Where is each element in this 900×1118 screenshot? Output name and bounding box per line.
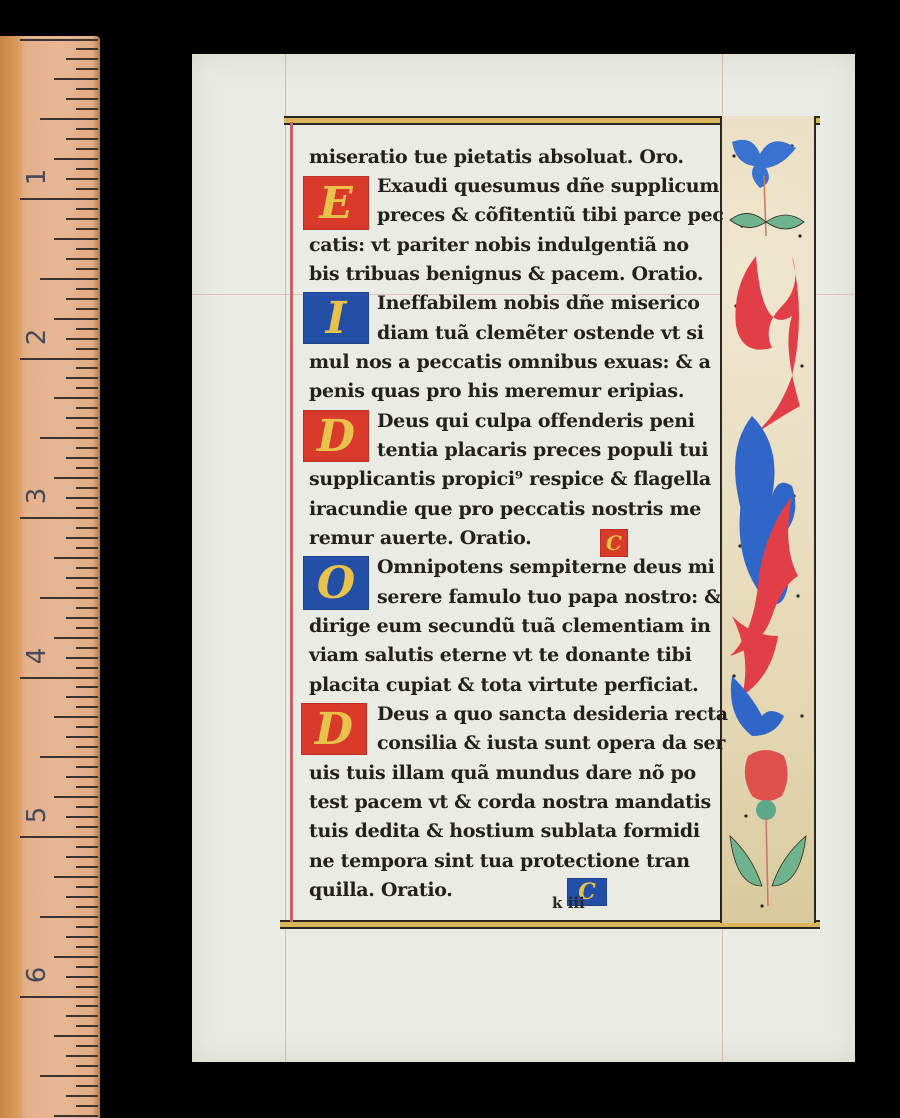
floral-border-icon xyxy=(722,116,814,923)
ruler-tick xyxy=(76,228,98,230)
ruler-tick xyxy=(66,497,98,499)
ruler-tick xyxy=(40,597,98,599)
ruler-tick xyxy=(20,358,98,360)
ruler-tick xyxy=(76,248,98,250)
ruler-tick xyxy=(54,557,98,559)
text-line: Exaudi quesumus dñe supplicum xyxy=(377,175,719,197)
ruler-tick xyxy=(54,78,98,80)
ruler-tick xyxy=(76,208,98,210)
ruler-tick xyxy=(54,956,98,958)
ruler-inch-label: 2 xyxy=(22,322,52,352)
ruler-tick xyxy=(54,318,98,320)
text-line: penis quas pro his meremur eripias. xyxy=(309,380,684,402)
text-line: mul nos a peccatis omnibus exuas: & a xyxy=(309,351,711,373)
text-line: placita cupiat & tota virtute perficiat. xyxy=(309,674,698,696)
ruler-tick xyxy=(66,1055,98,1057)
ruler-tick xyxy=(76,1045,98,1047)
ruler-inch-label: 4 xyxy=(22,641,52,671)
ruler-tick xyxy=(76,48,98,50)
ruler-tick xyxy=(76,1025,98,1027)
ruler-inch-label: 6 xyxy=(22,960,52,990)
manuscript-leaf: miseratio tue pietatis absoluat. Oro. Ex… xyxy=(192,54,855,1062)
ruler-tick xyxy=(76,387,98,389)
ruler-tick xyxy=(66,657,98,659)
ruler-tick xyxy=(20,517,98,519)
ruler-tick xyxy=(76,1105,98,1107)
ruler-tick xyxy=(66,856,98,858)
ruler-tick xyxy=(76,467,98,469)
ruler-tick xyxy=(76,946,98,948)
ruler-tick xyxy=(54,796,98,798)
ruler-tick xyxy=(66,537,98,539)
ruler-tick xyxy=(76,427,98,429)
ruler-tick xyxy=(76,986,98,988)
ruler-tick xyxy=(20,996,98,998)
ruler-tick xyxy=(66,976,98,978)
red-margin-line xyxy=(290,122,293,922)
text-line: diam tuã clemẽter ostende vt si xyxy=(377,322,704,344)
text-line: bis tribuas benignus & pacem. Oratio. xyxy=(309,263,703,285)
text-line: catis: vt pariter nobis indulgentiã no xyxy=(309,234,689,256)
illuminated-initial: I xyxy=(303,292,369,344)
ruler-tick xyxy=(76,487,98,489)
ruler-tick xyxy=(66,98,98,100)
ruler-tick xyxy=(76,786,98,788)
illuminated-initial: E xyxy=(303,176,369,230)
ruler-inch-label: 5 xyxy=(22,800,52,830)
ruler-tick xyxy=(76,587,98,589)
ruler-tick xyxy=(76,886,98,888)
text-line: quilla. Oratio. xyxy=(309,879,453,901)
ruler-tick xyxy=(40,278,98,280)
ruler-tick xyxy=(76,348,98,350)
ruler-tick xyxy=(66,736,98,738)
ruler-tick xyxy=(54,637,98,639)
ruler-tick xyxy=(76,447,98,449)
ruler-tick xyxy=(76,846,98,848)
ruler-tick xyxy=(76,328,98,330)
text-line: tentia placaris preces populi tui xyxy=(377,439,708,461)
illuminated-initial: O xyxy=(303,556,369,610)
ruler-inch-label: 1 xyxy=(22,162,52,192)
ruler-tick xyxy=(76,826,98,828)
text-line: iracundie que pro peccatis nostris me xyxy=(309,498,701,520)
ruler-tick xyxy=(76,806,98,808)
ruler-tick xyxy=(66,936,98,938)
ruler-tick xyxy=(54,477,98,479)
ruler-tick xyxy=(76,288,98,290)
ruler-tick xyxy=(66,776,98,778)
ruler-tick xyxy=(76,128,98,130)
ruler-tick xyxy=(76,88,98,90)
text-line: Ineffabilem nobis dñe miserico xyxy=(377,292,700,314)
ruler-tick xyxy=(66,298,98,300)
text-line: consilia & iusta sunt opera da ser xyxy=(377,732,725,754)
ruler-tick xyxy=(76,866,98,868)
ruler-tick xyxy=(76,567,98,569)
ruler-tick xyxy=(40,437,98,439)
ruler-tick xyxy=(76,667,98,669)
text-line: test pacem vt & corda nostra mandatis xyxy=(309,791,711,813)
ruler-tick xyxy=(76,647,98,649)
ruler-tick xyxy=(76,148,98,150)
ruler-tick xyxy=(76,686,98,688)
ruler-tick xyxy=(76,407,98,409)
ruler-tick xyxy=(66,377,98,379)
ruler-tick xyxy=(66,178,98,180)
text-line: serere famulo tuo papa nostro: & xyxy=(377,586,721,608)
small-initial: C xyxy=(600,529,628,557)
ruler-tick xyxy=(66,58,98,60)
ruler-tick xyxy=(76,926,98,928)
ruler-tick xyxy=(66,338,98,340)
ruler-tick xyxy=(54,1035,98,1037)
ruler-tick xyxy=(76,108,98,110)
text-line: dirige eum secundũ tuã clementiam in xyxy=(309,615,711,637)
ruler-tick xyxy=(20,677,98,679)
ruler-tick xyxy=(76,527,98,529)
text-line: tuis dedita & hostium sublata formidi xyxy=(309,820,700,842)
ruler-tick xyxy=(54,238,98,240)
ruling-line xyxy=(285,54,286,1062)
ruler-tick xyxy=(54,397,98,399)
ruler-tick xyxy=(66,1095,98,1097)
ruler-tick xyxy=(76,367,98,369)
ruler-tick xyxy=(76,188,98,190)
ruler-tick xyxy=(20,836,98,838)
ruler-tick xyxy=(76,906,98,908)
ruler-tick xyxy=(76,627,98,629)
ruler-tick xyxy=(66,1015,98,1017)
ruler-tick xyxy=(66,896,98,898)
ruler-tick xyxy=(66,617,98,619)
illuminated-border xyxy=(720,116,816,923)
ruler-tick xyxy=(76,268,98,270)
ruler-tick xyxy=(66,457,98,459)
ruler-tick xyxy=(76,168,98,170)
ruler-tick xyxy=(76,1085,98,1087)
ruler-tick xyxy=(66,138,98,140)
text-line: miseratio tue pietatis absoluat. Oro. xyxy=(309,146,684,168)
ruler-tick xyxy=(76,746,98,748)
text-line: Omnipotens sempiterne deus mi xyxy=(377,556,715,578)
ruler-tick xyxy=(20,198,98,200)
ruler-tick xyxy=(54,716,98,718)
ruler-tick xyxy=(54,158,98,160)
ruler-tick xyxy=(76,1005,98,1007)
ruler-tick xyxy=(66,258,98,260)
ruler-inch-label: 3 xyxy=(22,481,52,511)
ruler-tick xyxy=(76,766,98,768)
ruler-tick xyxy=(54,876,98,878)
ruler-tick xyxy=(76,68,98,70)
text-line: Deus qui culpa offenderis peni xyxy=(377,410,695,432)
ruler-tick xyxy=(76,706,98,708)
ruler-tick xyxy=(76,1065,98,1067)
illuminated-initial: D xyxy=(303,410,369,462)
ruler-tick xyxy=(66,417,98,419)
ruler-tick xyxy=(54,1115,98,1117)
text-line: Deus a quo sancta desideria recta xyxy=(377,703,728,725)
text-line: ne tempora sint tua protectione tran xyxy=(309,850,690,872)
ruler-tick xyxy=(76,966,98,968)
ruler-tick xyxy=(76,308,98,310)
ruler-tick xyxy=(40,916,98,918)
ruler-tick xyxy=(40,756,98,758)
ruler-tick xyxy=(76,607,98,609)
ruler-tick xyxy=(40,1075,98,1077)
text-line: remur auerte. Oratio. xyxy=(309,527,531,549)
ruler-tick xyxy=(40,118,98,120)
text-line: viam salutis eterne vt te donante tibi xyxy=(309,644,692,666)
wooden-ruler: 123456 xyxy=(0,36,100,1118)
text-line: preces & cõfitentiũ tibi parce pec xyxy=(377,204,724,226)
text-line: supplicantis propici⁹ respice & flagella xyxy=(309,468,711,490)
ruler-tick xyxy=(76,507,98,509)
ruler-tick xyxy=(66,816,98,818)
ruler-tick xyxy=(66,577,98,579)
signature-mark: k iii xyxy=(552,894,585,912)
ruler-tick xyxy=(20,39,98,41)
ruler-tick xyxy=(76,726,98,728)
ruler-tick xyxy=(66,218,98,220)
ruler-tick xyxy=(76,547,98,549)
illuminated-initial: D xyxy=(301,703,367,755)
ruler-tick xyxy=(66,696,98,698)
text-line: uis tuis illam quã mundus dare nõ po xyxy=(309,762,696,784)
